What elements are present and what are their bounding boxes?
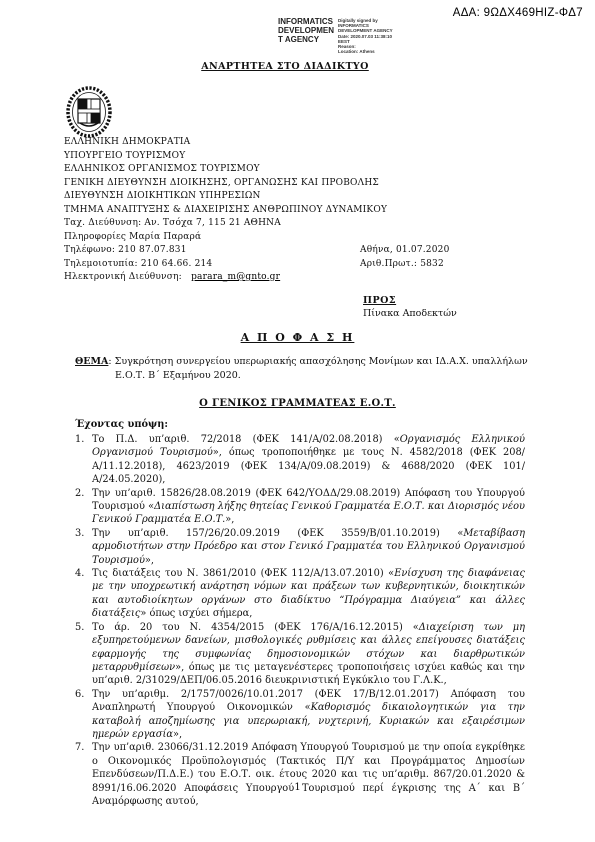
subject-paragraph: ΘΕΜΑ: Συγκρότηση συνεργείου υπερωριακής … (75, 355, 555, 382)
phone-number: Τηλέφωνο: 210 87.07.831 (64, 245, 187, 255)
subject-text: Συγκρότηση συνεργείου υπερωριακής απασχό… (115, 356, 528, 381)
consideration-item: 3.Την υπ’αριθ. 157/26/20.09.2019 (ΦΕΚ 35… (75, 527, 525, 567)
org-line: ΕΛΛΗΝΙΚΟΣ ΟΡΓΑΝΙΣΜΟΣ ΤΟΥΡΙΣΜΟΥ (64, 163, 534, 177)
page-number: 1 (0, 782, 595, 793)
issuer-heading: Ο ΓΕΝΙΚΟΣ ΓΡΑΜΜΑΤΕΑΣ Ε.Ο.Τ. (0, 398, 595, 409)
org-line: ΓΕΝΙΚΗ ΔΙΕΥΘΥΝΣΗ ΔΙΟΙΚΗΣΗΣ, ΟΡΓΑΝΩΣΗΣ ΚΑ… (64, 177, 534, 191)
city-date: Αθήνα, 01.07.2020 (360, 244, 450, 258)
document-page: ΑΔΑ: 9ΩΔΧ469ΗΙΖ-ΦΔ7 INFORMATICS DEVELOPM… (0, 0, 595, 842)
consideration-item: 4.Τις διατάξεις του Ν. 3861/2010 (ΦΕΚ 11… (75, 567, 525, 621)
contact-person: Πληροφορίες Μαρία Παραρά (64, 231, 534, 245)
letterhead: ΕΛΛΗΝΙΚΗ ΔΗΜΟΚΡΑΤΙΑ ΥΠΟΥΡΓΕΙΟ ΤΟΥΡΙΣΜΟΥ … (64, 136, 534, 285)
recipient-label: ΠΡΟΣ (363, 295, 457, 306)
recipient-value: Πίνακα Αποδεκτών (363, 308, 457, 319)
phone-row: Τηλέφωνο: 210 87.07.831 Αθήνα, 01.07.202… (64, 244, 534, 258)
fax-row: Τηλεμοιοτυπία: 210 64.66. 214 Αριθ.Πρωτ.… (64, 258, 534, 272)
greek-emblem-logo (66, 86, 112, 142)
consideration-item: 5.Το άρ. 20 του Ν. 4354/2015 (ΦΕΚ 176/Α/… (75, 621, 525, 688)
ada-code: ΑΔΑ: 9ΩΔΧ469ΗΙΖ-ΦΔ7 (453, 7, 583, 19)
org-line: ΔΙΕΥΘΥΝΣΗ ΔΙΟΙΚΗΤΙΚΩΝ ΥΠΗΡΕΣΙΩΝ (64, 190, 534, 204)
consideration-item: 2.Την υπ’αριθ. 15826/28.08.2019 (ΦΕΚ 642… (75, 487, 525, 527)
org-line: ΥΠΟΥΡΓΕΙΟ ΤΟΥΡΙΣΜΟΥ (64, 150, 534, 164)
digital-signature-stamp: INFORMATICS DEVELOPMEN T AGENCY Digitall… (278, 17, 393, 54)
recipient-block: ΠΡΟΣ Πίνακα Αποδεκτών (363, 295, 457, 319)
email-label: Ηλεκτρονική Διεύθυνση: (64, 272, 182, 282)
email-row: Ηλεκτρονική Διεύθυνση: parara_m@gnto.gr (64, 271, 534, 285)
email-link[interactable]: parara_m@gnto.gr (191, 272, 280, 282)
postal-address: Ταχ. Διεύθυνση: Αν. Τσόχα 7, 115 21 ΑΘΗΝ… (64, 217, 534, 231)
publication-banner: ΑΝΑΡΤΗΤΕΑ ΣΤΟ ΔΙΑΔΙΚΤΥΟ (160, 61, 410, 72)
consideration-item: 6.Την υπ’αριθμ. 2/1757/0026/10.01.2017 (… (75, 688, 525, 742)
signature-agency-name: INFORMATICS DEVELOPMEN T AGENCY (278, 17, 334, 54)
considerations-list: 1.Το Π.Δ. υπ’αριθ. 72/2018 (ΦΕΚ 141/Α/02… (75, 433, 525, 808)
org-line: ΤΜΗΜΑ ΑΝΑΠΤΥΞΗΣ & ΔΙΑΧΕΙΡΙΣΗΣ ΑΝΘΡΩΠΙΝΟΥ… (64, 204, 534, 218)
org-line: ΕΛΛΗΝΙΚΗ ΔΗΜΟΚΡΑΤΙΑ (64, 136, 534, 150)
subject-label: ΘΕΜΑ (75, 356, 108, 367)
consideration-item: 7.Την υπ’αριθ. 23066/31.12.2019 Απόφαση … (75, 741, 525, 808)
signature-details: Digitally signed by INFORMATICS DEVELOPM… (338, 17, 393, 54)
decision-heading: Α Π Ο Φ Α Σ Η (0, 331, 595, 344)
consideration-item: 1.Το Π.Δ. υπ’αριθ. 72/2018 (ΦΕΚ 141/Α/02… (75, 433, 525, 487)
protocol-number: Αριθ.Πρωτ.: 5832 (360, 258, 444, 272)
fax-number: Τηλεμοιοτυπία: 210 64.66. 214 (64, 259, 212, 269)
preamble-label: Έχοντας υπόψη: (75, 419, 168, 430)
